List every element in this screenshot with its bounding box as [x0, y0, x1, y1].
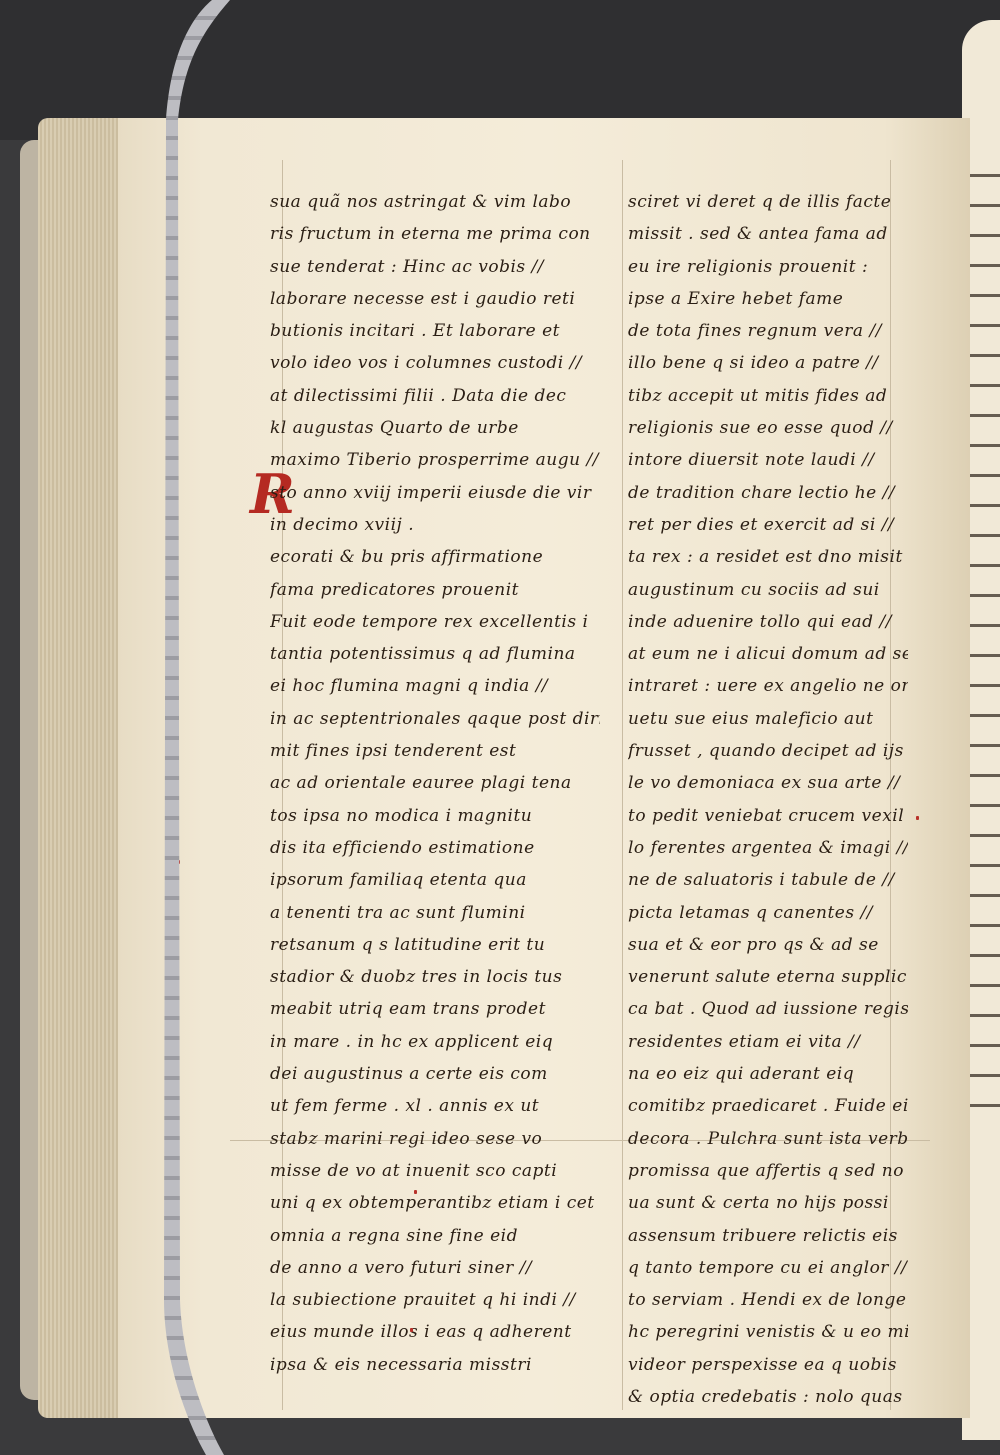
- text-line: ac ad orientale eauree plagi tena: [270, 767, 600, 799]
- text-line: la subiectione prauitet q hi indi //: [270, 1284, 600, 1316]
- red-prick-mark: [414, 1190, 417, 1194]
- text-line: kl augustas Quarto de urbe: [270, 412, 600, 444]
- text-line: sua quã nos astringat & vim labo: [270, 186, 600, 218]
- text-line: ipse a Exire hebet fame: [628, 283, 908, 315]
- text-line: augustinum cu sociis ad sui: [628, 574, 908, 606]
- text-line: frusset , quando decipet ad ijs //: [628, 735, 908, 767]
- ruling-line: [622, 160, 623, 1410]
- text-line: in ac septentrionales qaque post diri: [270, 703, 600, 735]
- text-line: in decimo xviij .: [270, 509, 600, 541]
- text-line: venerunt salute eterna supplic: [628, 961, 908, 993]
- text-line: misse de vo at inuenit sco capti: [270, 1155, 600, 1187]
- text-line: intraret : uere ex angelio ne ori: [628, 670, 908, 702]
- text-line: & optia credebatis : nolo quas: [628, 1381, 908, 1413]
- text-line: sciret vi deret q de illis facte: [628, 186, 908, 218]
- text-line: ca bat . Quod ad iussione regis: [628, 993, 908, 1025]
- text-line: missit . sed & antea fama ad: [628, 218, 908, 250]
- text-line: hc peregrini venistis & u eo mi: [628, 1316, 908, 1348]
- text-line: na eo eiz qui aderant eiq: [628, 1058, 908, 1090]
- left-text-column: sua quã nos astringat & vim laboris fruc…: [270, 186, 600, 1381]
- text-line: ris fructum in eterna me prima con: [270, 218, 600, 250]
- red-prick-mark: [410, 1328, 413, 1332]
- facing-page-text: [970, 160, 1000, 1120]
- text-line: ret per dies et exercit ad si //: [628, 509, 908, 541]
- text-line: assensum tribuere relictis eis: [628, 1220, 908, 1252]
- text-line: de tota fines regnum vera //: [628, 315, 908, 347]
- text-line: to serviam . Hendi ex de longe: [628, 1284, 908, 1316]
- text-line: q tanto tempore cu ei anglor //: [628, 1252, 908, 1284]
- text-line: decora . Pulchra sunt ista verba &: [628, 1123, 908, 1155]
- text-line: dei augustinus a certe eis com: [270, 1058, 600, 1090]
- text-line: ecorati & bu pris affirmatione: [270, 541, 600, 573]
- text-line: fama predicatores prouenit: [270, 574, 600, 606]
- text-line: religionis sue eo esse quod //: [628, 412, 908, 444]
- text-line: de tradition chare lectio he //: [628, 477, 908, 509]
- text-line: inde aduenire tollo qui ead //: [628, 606, 908, 638]
- text-line: tos ipsa no modica i magnitu: [270, 800, 600, 832]
- text-line: laborare necesse est i gaudio reti: [270, 283, 600, 315]
- text-line: sua et & eor pro qs & ad se: [628, 929, 908, 961]
- text-line: in mare . in hc ex applicent eiq: [270, 1026, 600, 1058]
- text-line: tantia potentissimus q ad flumina: [270, 638, 600, 670]
- text-line: tibz accepit ut mitis fides ad: [628, 380, 908, 412]
- text-line: volo ideo vos i columnes custodi //: [270, 347, 600, 379]
- text-line: a tenenti tra ac sunt flumini: [270, 897, 600, 929]
- text-line: omnia a regna sine fine eid: [270, 1220, 600, 1252]
- text-line: ne de saluatoris i tabule de //: [628, 864, 908, 896]
- red-prick-mark: [916, 816, 919, 820]
- text-line: dis ita efficiendo estimatione: [270, 832, 600, 864]
- text-line: stadior & duobz tres in locis tus: [270, 961, 600, 993]
- text-line: at eum ne i alicui domum ad se: [628, 638, 908, 670]
- text-line: Fuit eode tempore rex excellentis i: [270, 606, 600, 638]
- text-line: at dilectissimi filii . Data die dec: [270, 380, 600, 412]
- text-line: meabit utriq eam trans prodet: [270, 993, 600, 1025]
- text-line: intore diuersit note laudi //: [628, 444, 908, 476]
- text-line: butionis incitari . Et laborare et: [270, 315, 600, 347]
- bookmark-ribbon: [164, 0, 234, 1455]
- text-line: ei hoc flumina magni q india //: [270, 670, 600, 702]
- text-line: maximo Tiberio prosperrime augu //: [270, 444, 600, 476]
- text-line: promissa que affertis q sed no //: [628, 1155, 908, 1187]
- text-line: illo bene q si ideo a patre //: [628, 347, 908, 379]
- text-line: residentes etiam ei vita //: [628, 1026, 908, 1058]
- right-text-column: sciret vi deret q de illis factemissit .…: [628, 186, 908, 1413]
- text-line: stabz marini regi ideo sese vo: [270, 1123, 600, 1155]
- text-line: videor perspexisse ea q uobis: [628, 1349, 908, 1381]
- text-line: ua sunt & certa no hijs possi: [628, 1187, 908, 1219]
- text-line: ipsorum familiaq etenta qua: [270, 864, 600, 896]
- text-line: ipsa & eis necessaria misstri: [270, 1349, 600, 1381]
- text-line: mit fines ipsi tenderent est: [270, 735, 600, 767]
- text-line: picta letamas q canentes //: [628, 897, 908, 929]
- text-line: eu ire religionis prouenit :: [628, 251, 908, 283]
- text-line: sto anno xviij imperii eiusde die vir: [270, 477, 600, 509]
- text-line: comitibz praedicaret . Fuide eis: [628, 1090, 908, 1122]
- text-line: uni q ex obtemperantibz etiam i cet: [270, 1187, 600, 1219]
- text-line: eius munde illos i eas q adherent: [270, 1316, 600, 1348]
- text-line: retsanum q s latitudine erit tu: [270, 929, 600, 961]
- text-line: uetu sue eius maleficio aut: [628, 703, 908, 735]
- text-line: ta rex : a residet est dno misit: [628, 541, 908, 573]
- text-line: ut fem ferme . xl . annis ex ut: [270, 1090, 600, 1122]
- text-line: to pedit veniebat crucem vexil //: [628, 800, 908, 832]
- text-line: sue tenderat : Hinc ac vobis //: [270, 251, 600, 283]
- text-line: le vo demoniaca ex sua arte //: [628, 767, 908, 799]
- text-line: lo ferentes argentea & imagi //: [628, 832, 908, 864]
- text-line: de anno a vero futuri siner //: [270, 1252, 600, 1284]
